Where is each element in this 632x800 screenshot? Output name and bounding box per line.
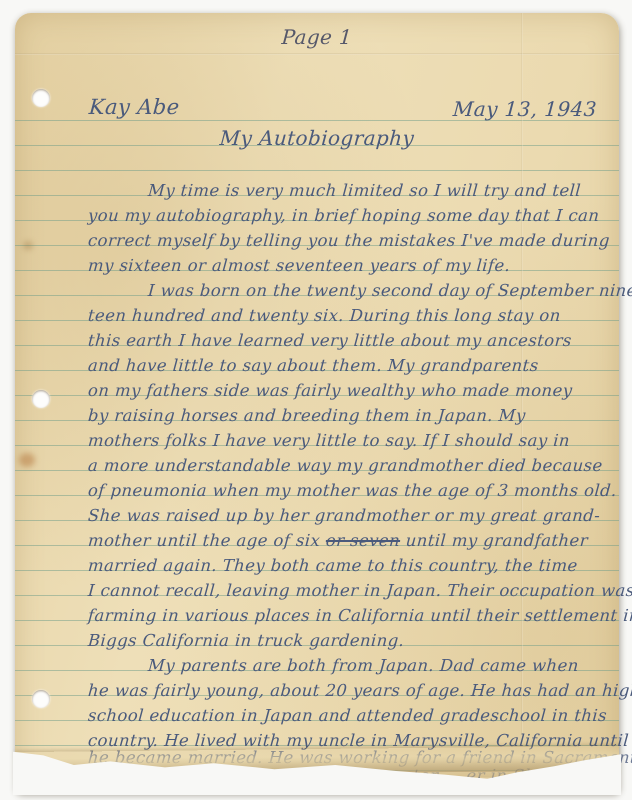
handwriting-text: I was born on the twenty second day of S… xyxy=(147,281,632,300)
handwritten-line: of pneumonia when my mother was the age … xyxy=(87,481,617,501)
handwriting-text: I cannot recall, leaving mother in Japan… xyxy=(87,581,632,600)
handwriting-text: She was raised up by her grandmother or … xyxy=(87,506,601,525)
handwriting-text: My time is very much limited so I will t… xyxy=(147,181,581,200)
handwriting-text: teen hundred and twenty six. During this… xyxy=(87,306,561,325)
horizontal-crease xyxy=(15,53,619,55)
handwritten-line: school education in Japan and attended g… xyxy=(87,706,607,726)
paper-sheet: Page 1 Kay Abe May 13, 1943 My Autobiogr… xyxy=(15,13,619,793)
handwriting-text: you my autobiography, in brief hoping so… xyxy=(87,206,600,225)
handwriting-text: he was fairly young, about 20 years of a… xyxy=(87,681,632,700)
handwriting-text: Biggs California in truck gardening. xyxy=(87,631,405,650)
handwriting-text: on my fathers side was fairly wealthy wh… xyxy=(87,381,573,400)
handwriting-text: a more understandable way my grandmother… xyxy=(87,456,603,475)
punch-hole-middle xyxy=(32,390,50,408)
handwritten-line: he was fairly young, about 20 years of a… xyxy=(87,681,632,701)
handwriting-text: correct myself by telling you the mistak… xyxy=(87,231,610,250)
handwritten-line: I was born on the twenty second day of S… xyxy=(147,281,632,301)
paper-stain xyxy=(19,453,35,467)
handwritten-line: on my fathers side was fairly wealthy wh… xyxy=(87,381,573,401)
handwritten-line: this earth I have learned very little ab… xyxy=(87,331,572,351)
date-written: May 13, 1943 xyxy=(452,97,598,121)
paper-stain xyxy=(23,241,33,250)
handwriting-text: farming in various places in California … xyxy=(87,606,632,625)
handwriting-text: mothers folks I have very little to say.… xyxy=(87,431,570,450)
handwritten-line: my sixteen or almost seventeen years of … xyxy=(87,256,511,276)
handwriting-text: mother until the age of six xyxy=(87,531,326,550)
page-number-label: Page 1 xyxy=(14,25,620,49)
handwritten-line: you my autobiography, in brief hoping so… xyxy=(87,206,600,226)
handwriting-text: this earth I have learned very little ab… xyxy=(87,331,572,350)
handwritten-line: and have little to say about them. My gr… xyxy=(87,356,539,376)
handwritten-line: a more understandable way my grandmother… xyxy=(87,456,603,476)
handwriting-text: my sixteen or almost seventeen years of … xyxy=(87,256,511,275)
punch-hole-bottom xyxy=(32,690,50,708)
handwritten-line: by raising horses and breeding them in J… xyxy=(87,406,526,426)
handwritten-line: mothers folks I have very little to say.… xyxy=(87,431,570,451)
struck-through-text: or seven xyxy=(325,531,401,550)
handwritten-line: Biggs California in truck gardening. xyxy=(87,631,405,651)
handwritten-line: farming in various places in California … xyxy=(87,606,632,626)
handwriting-text: married again. They both came to this co… xyxy=(87,556,578,575)
handwritten-line: I cannot recall, leaving mother in Japan… xyxy=(87,581,632,601)
handwriting-text: My parents are both from Japan. Dad came… xyxy=(147,656,579,675)
handwritten-line: My parents are both from Japan. Dad came… xyxy=(147,656,579,676)
handwritten-line: correct myself by telling you the mistak… xyxy=(87,231,610,251)
handwriting-text: by raising horses and breeding them in J… xyxy=(87,406,526,425)
handwritten-line: mother until the age of six or seven unt… xyxy=(87,531,588,551)
handwritten-line: married again. They both came to this co… xyxy=(87,556,578,576)
author-name: Kay Abe xyxy=(88,95,180,119)
handwriting-text: and have little to say about them. My gr… xyxy=(87,356,539,375)
handwriting-text: until my grandfather xyxy=(399,531,588,550)
handwriting-text: school education in Japan and attended g… xyxy=(87,706,607,725)
punch-hole-top xyxy=(32,89,50,107)
document-title: My Autobiography xyxy=(14,126,620,150)
handwriting-text: of pneumonia when my mother was the age … xyxy=(87,481,617,500)
handwritten-line: My time is very much limited so I will t… xyxy=(147,181,581,201)
handwritten-line: She was raised up by her grandmother or … xyxy=(87,506,601,526)
handwritten-line: teen hundred and twenty six. During this… xyxy=(87,306,561,326)
